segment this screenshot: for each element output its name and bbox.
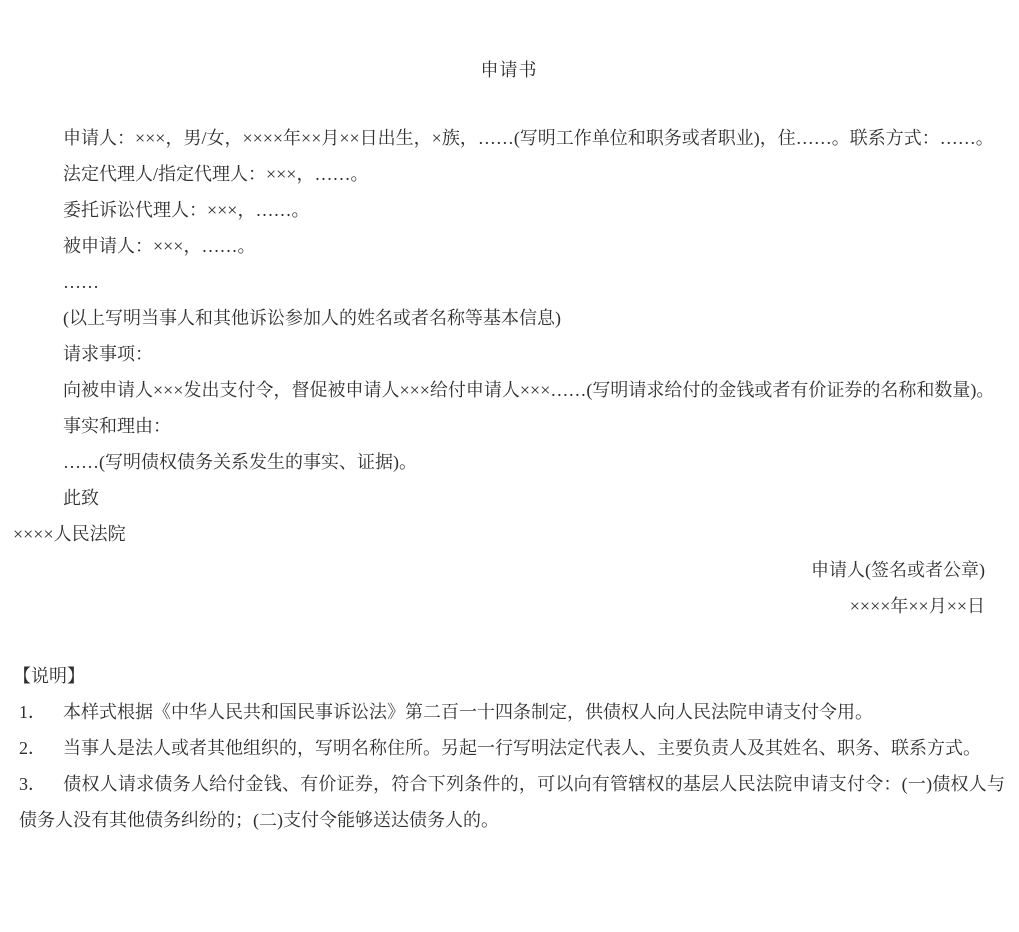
- note-item-3: 3．债权人请求债务人给付金钱、有价证券，符合下列条件的，可以向有管辖权的基层人民…: [13, 766, 1005, 838]
- signature-line: 申请人(签名或者公章): [13, 552, 1005, 588]
- paragraph-respondent: 被申请人：×××，……。: [13, 228, 1005, 264]
- paragraph-litigation-agent: 委托诉讼代理人：×××，……。: [13, 192, 1005, 228]
- note-text-3: 债权人请求债务人给付金钱、有价证券，符合下列条件的，可以向有管辖权的基层人民法院…: [19, 774, 1005, 830]
- note-text-2: 当事人是法人或者其他组织的，写明名称住所。另起一行写明法定代表人、主要负责人及其…: [63, 738, 981, 758]
- application-document-page: 申请书 申请人：×××，男/女，××××年××月××日出生，×族，……(写明工作…: [0, 0, 1019, 932]
- paragraph-claim-heading: 请求事项：: [13, 336, 1005, 372]
- note-item-1: 1．本样式根据《中华人民共和国民事诉讼法》第二百一十四条制定，供债权人向人民法院…: [13, 694, 1005, 730]
- paragraph-legal-agent: 法定代理人/指定代理人：×××，……。: [13, 156, 1005, 192]
- date-line: ××××年××月××日: [13, 588, 1005, 624]
- document-title: 申请书: [13, 52, 1005, 88]
- paragraph-ellipsis: ……: [13, 264, 1005, 300]
- notes-header: 【说明】: [13, 658, 1005, 694]
- paragraph-parties-note: (以上写明当事人和其他诉讼参加人的姓名或者名称等基本信息): [13, 300, 1005, 336]
- note-number-3: 3．: [19, 766, 63, 802]
- paragraph-salutation: 此致: [13, 480, 1005, 516]
- paragraph-claim-content: 向被申请人×××发出支付令，督促被申请人×××给付申请人×××……(写明请求给付…: [13, 372, 1005, 408]
- note-text-1: 本样式根据《中华人民共和国民事诉讼法》第二百一十四条制定，供债权人向人民法院申请…: [63, 702, 873, 722]
- paragraph-facts-heading: 事实和理由：: [13, 408, 1005, 444]
- note-item-2: 2．当事人是法人或者其他组织的，写明名称住所。另起一行写明法定代表人、主要负责人…: [13, 730, 1005, 766]
- notes-section: 【说明】 1．本样式根据《中华人民共和国民事诉讼法》第二百一十四条制定，供债权人…: [13, 658, 1005, 838]
- document-body: 申请人：×××，男/女，××××年××月××日出生，×族，……(写明工作单位和职…: [13, 120, 1005, 624]
- note-number-1: 1．: [19, 694, 63, 730]
- paragraph-facts-content: ……(写明债权债务关系发生的事实、证据)。: [13, 444, 1005, 480]
- note-number-2: 2．: [19, 730, 63, 766]
- paragraph-applicant-info: 申请人：×××，男/女，××××年××月××日出生，×族，……(写明工作单位和职…: [13, 120, 1005, 156]
- paragraph-court-name: ××××人民法院: [13, 516, 1005, 552]
